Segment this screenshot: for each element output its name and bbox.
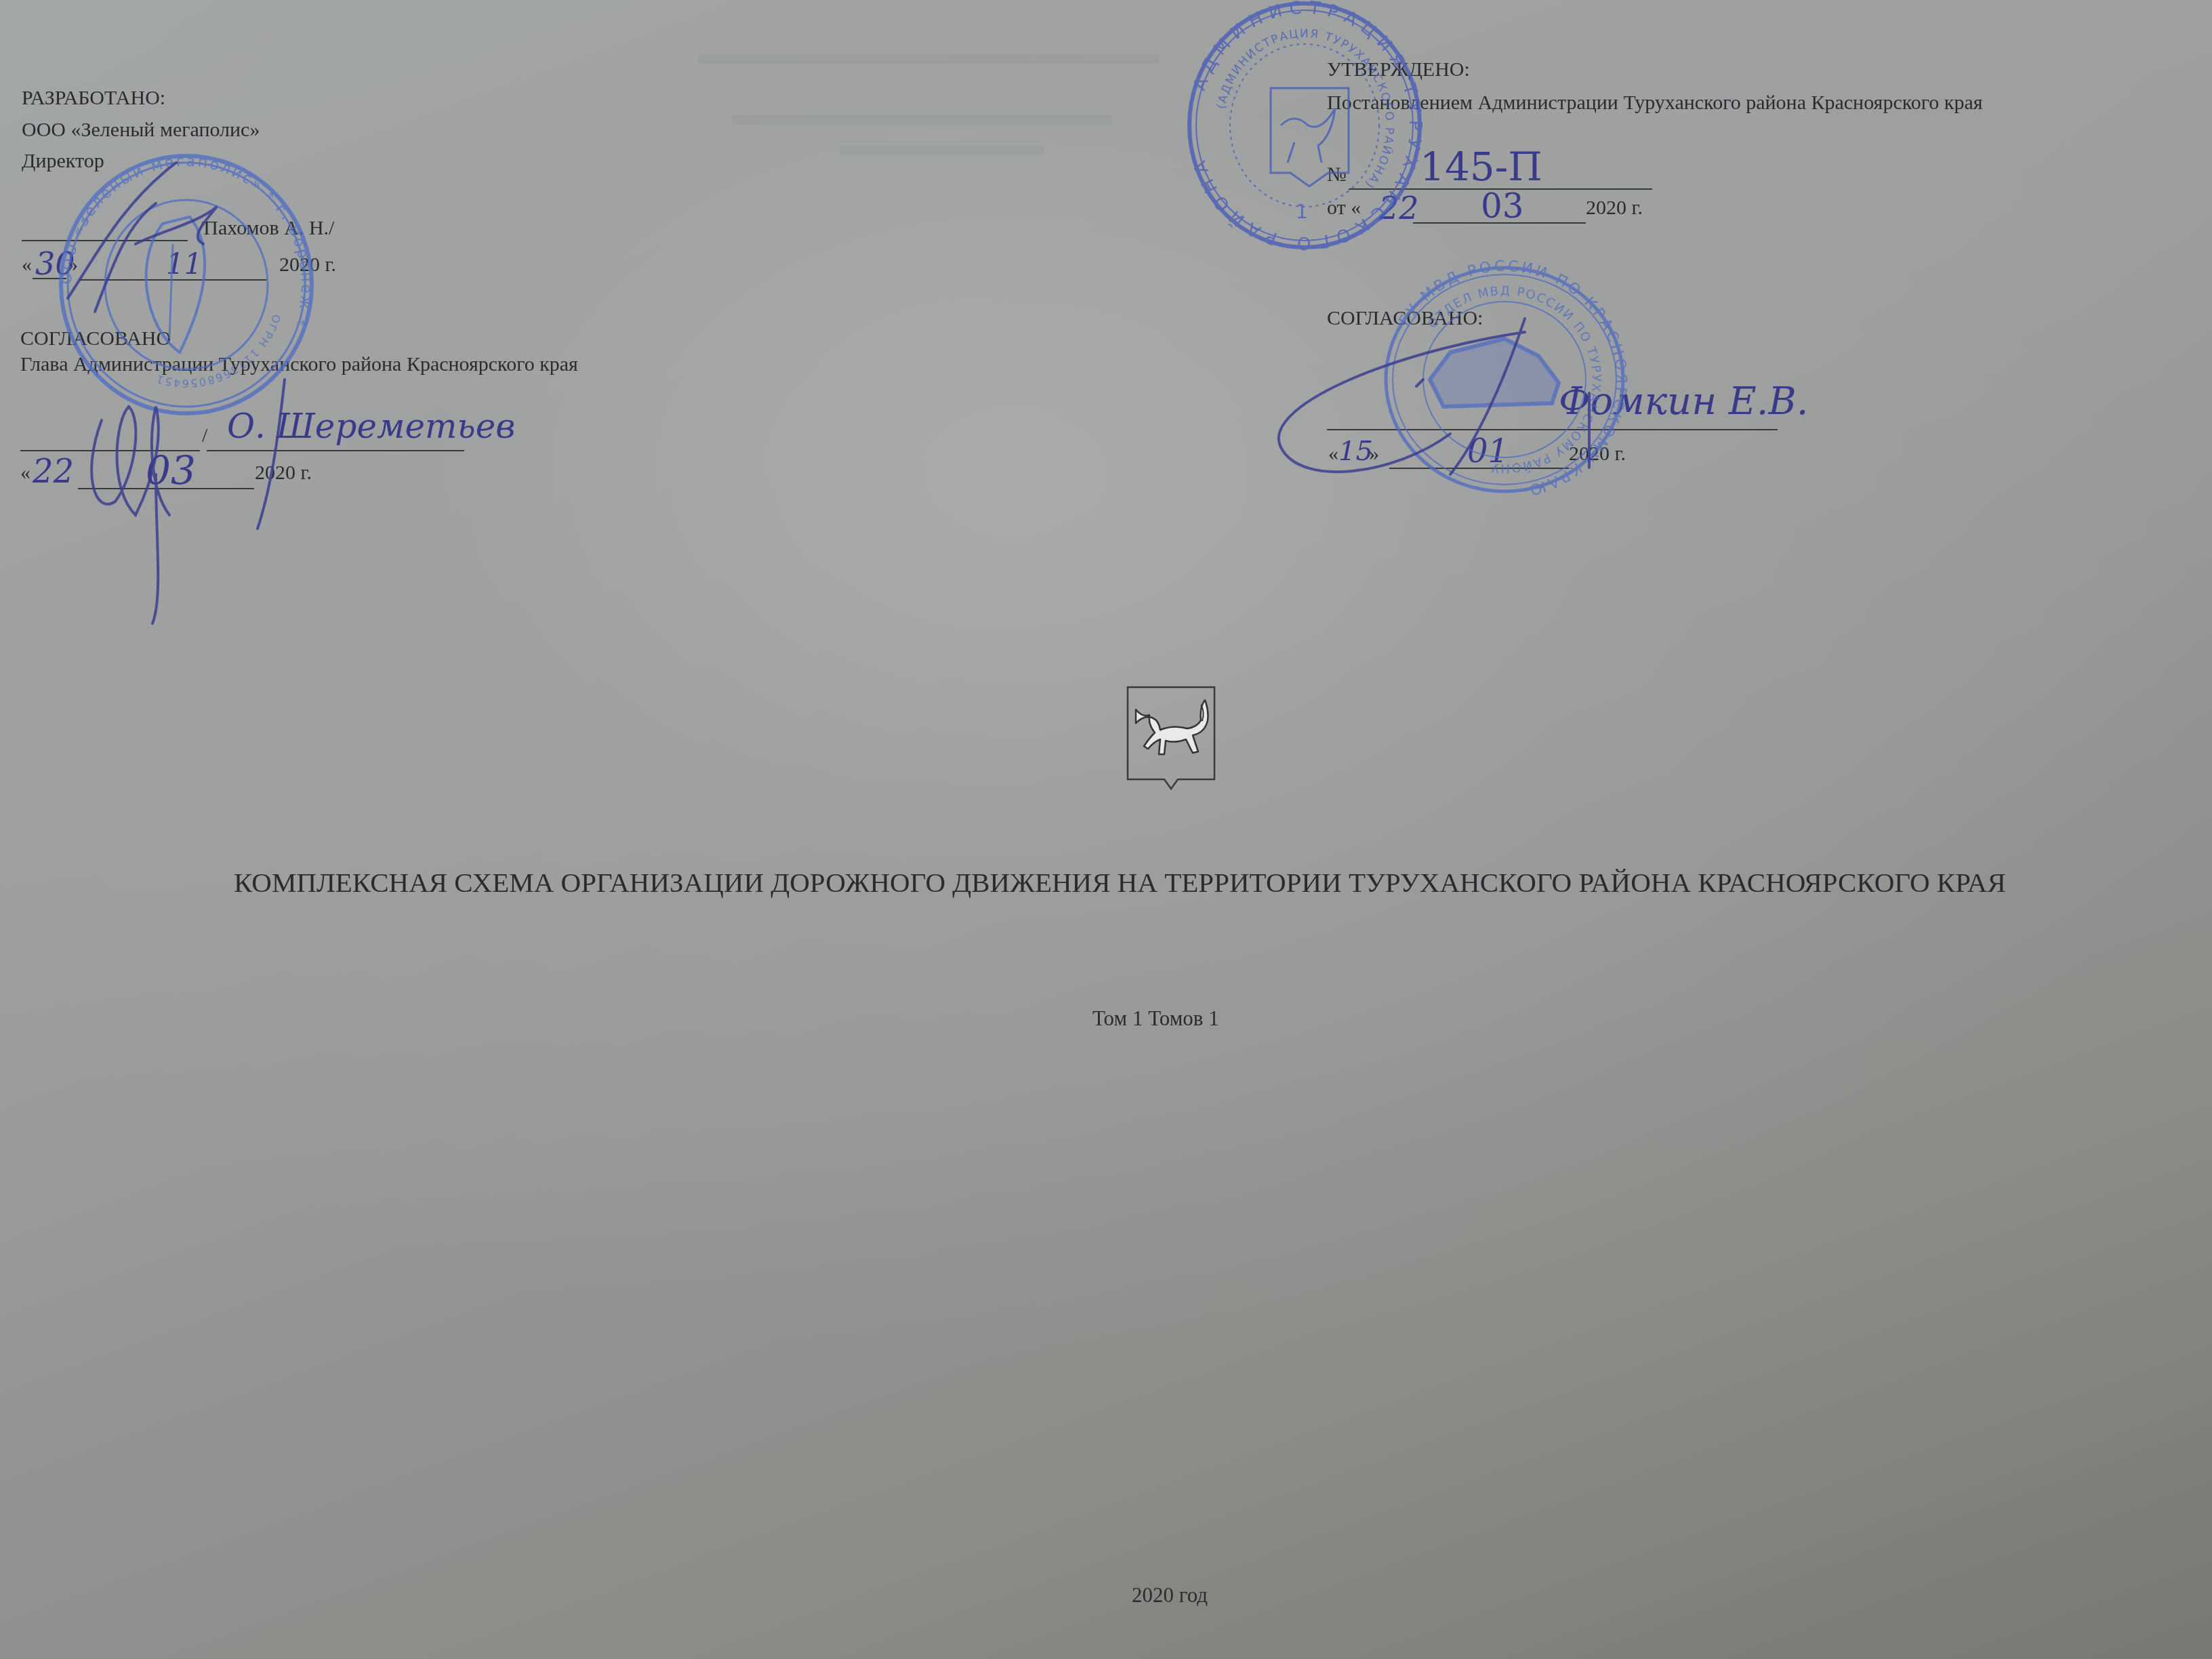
- date-prefix: от «: [1327, 198, 1361, 218]
- coat-of-arms-icon: [1126, 686, 1216, 794]
- document-title: КОМПЛЕКСНАЯ СХЕМА ОРГАНИЗАЦИИ ДОРОЖНОГО …: [234, 866, 2006, 899]
- date-open-quote: «: [22, 253, 32, 276]
- date-close-quote: »: [68, 255, 78, 275]
- agreed-position: Глава Администрации Туруханского района …: [20, 354, 578, 375]
- number-handwritten: 145-П: [1420, 144, 1542, 190]
- date-open-quote: «: [1328, 443, 1338, 465]
- number-label: №: [1327, 165, 1347, 185]
- developer-position: Директор: [22, 151, 104, 171]
- date-month-handwritten: 03: [146, 447, 196, 493]
- date-close-quote: »: [1369, 444, 1379, 464]
- svg-text:1: 1: [1296, 201, 1308, 223]
- date-month-handwritten: 11: [166, 247, 202, 281]
- name-line: [207, 450, 464, 451]
- document-year: 2020 год: [1132, 1584, 1208, 1605]
- date-year: 2020 г.: [279, 255, 336, 275]
- date-month-handwritten: 03: [1481, 186, 1524, 226]
- signature-line: [1327, 429, 1778, 430]
- developer-organization: ООО «Зеленый мегаполис»: [22, 120, 260, 140]
- date-day-handwritten: 22: [1379, 190, 1419, 226]
- signatory-separator: /: [202, 426, 207, 446]
- date-year: 2020 г.: [1586, 198, 1643, 218]
- volume-label: Том 1 Томов 1: [1092, 1008, 1219, 1029]
- signatory-handwritten-name: О. Шереметьев: [227, 407, 515, 446]
- date-year: 2020 г.: [255, 463, 312, 483]
- developer-signatory: /Пахомов А. Н./: [198, 218, 334, 239]
- agreed-heading: СОГЛАСОВАНО: [20, 329, 171, 349]
- agreed-heading: СОГЛАСОВАНО:: [1327, 308, 1483, 329]
- date-day-handwritten: 15: [1338, 436, 1373, 467]
- approved-heading: УТВЕРЖДЕНО:: [1327, 60, 1470, 80]
- date-day-handwritten: 22: [33, 453, 74, 491]
- signatory-handwritten-name: Фомкин Е.В.: [1559, 380, 1808, 424]
- stamps-and-signatures: ООО «Зеленый мегаполис» * г. Воронеж * О…: [0, 0, 2212, 1659]
- svg-text:ОГРН 1173668056451: ОГРН 1173668056451: [154, 312, 283, 390]
- signature-line: [22, 240, 188, 241]
- svg-text:ООО «Зеленый мегаполис» * г. В: ООО «Зеленый мегаполис» * г. Воронеж *: [58, 153, 314, 330]
- date-year: 2020 г.: [1569, 444, 1626, 464]
- approved-authority: Постановлением Администрации Туруханског…: [1327, 93, 1983, 113]
- developed-heading: РАЗРАБОТАНО:: [22, 88, 165, 108]
- date-month-handwritten: 01: [1467, 432, 1509, 470]
- date-open-quote: «: [20, 463, 30, 483]
